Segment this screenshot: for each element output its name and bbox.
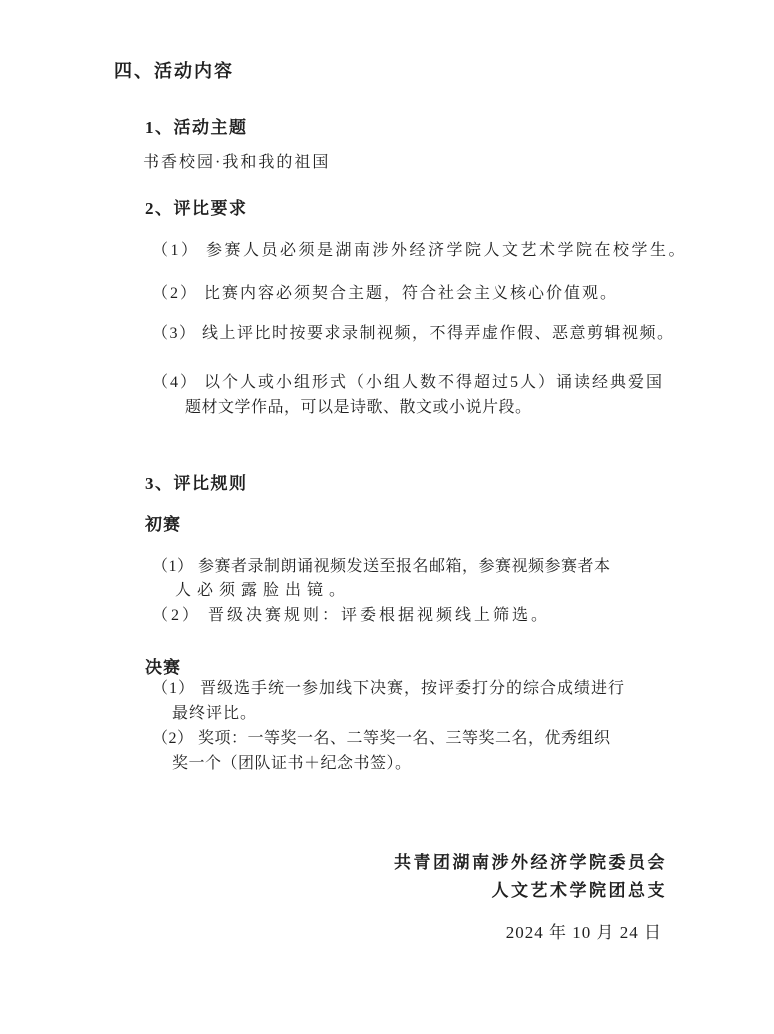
requirement-item-4-line-2: 题材文学作品，可以是诗歌、散文或小说片段。 [185, 398, 532, 418]
document-page: 四、活动内容 1、活动主题 书香校园·我和我的祖国 2、评比要求 （1） 参赛人… [0, 0, 774, 1034]
requirement-item-3: （3） 线上评比时按要求录制视频，不得弄虚作假、恶意剪辑视频。 [152, 324, 675, 344]
preliminary-round-heading: 初赛 [145, 510, 181, 535]
signature-organization-line-1: 共青团湖南涉外经济学院委员会 [394, 848, 667, 873]
main-section-heading: 四、活动内容 [114, 57, 234, 83]
preliminary-item-1-line-1: （1） 参赛者录制朗诵视频发送至报名邮箱，参赛视频参赛者本 [152, 557, 611, 577]
requirement-item-2: （2） 比赛内容必须契合主题，符合社会主义核心价值观。 [152, 284, 618, 304]
final-item-1-line-1: （1） 晋级选手统一参加线下决赛，按评委打分的综合成绩进行 [152, 679, 625, 699]
final-item-2-line-2: 奖一个（团队证书＋纪念书签）。 [172, 754, 412, 774]
signature-organization-line-2: 人文艺术学院团总支 [492, 876, 668, 901]
requirement-item-4-line-1: （4） 以个人或小组形式（小组人数不得超过5人）诵读经典爱国 [152, 373, 664, 393]
preliminary-item-1-line-2: 人必须露脸出镜。 [175, 581, 351, 601]
activity-theme-heading: 1、活动主题 [145, 113, 248, 138]
evaluation-requirements-heading: 2、评比要求 [145, 194, 248, 219]
evaluation-rules-heading: 3、评比规则 [145, 469, 248, 494]
requirement-item-1: （1） 参赛人员必须是湖南涉外经济学院人文艺术学院在校学生。 [152, 241, 687, 261]
signature-date: 2024 年 10 月 24 日 [506, 918, 662, 943]
preliminary-item-2: （2） 晋级决赛规则：评委根据视频线上筛选。 [152, 606, 550, 626]
final-item-2-line-1: （2） 奖项：一等奖一名、二等奖一名、三等奖二名，优秀组织 [152, 729, 611, 749]
final-item-1-line-2: 最终评比。 [172, 704, 257, 724]
final-round-heading: 决赛 [145, 653, 181, 678]
activity-theme-text: 书香校园·我和我的祖国 [143, 153, 330, 173]
